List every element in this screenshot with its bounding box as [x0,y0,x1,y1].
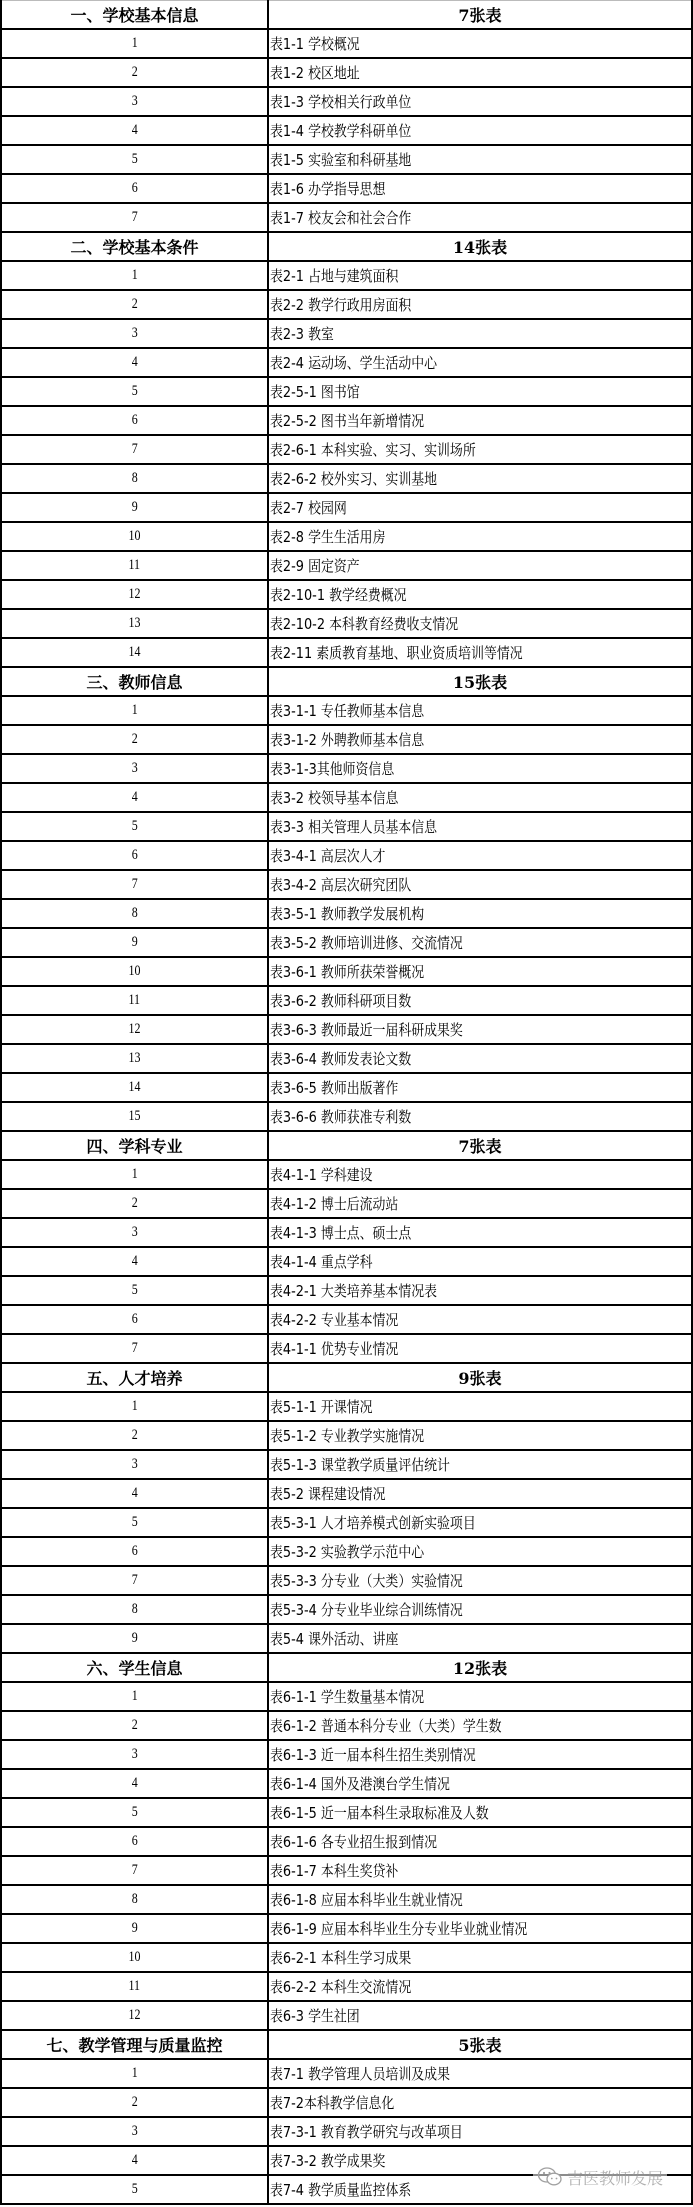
row-number-cell: 10 [1,522,268,551]
table-name: 表6-2-2 本科生交流情况 [270,1976,411,1997]
row-number: 4 [132,1253,138,1270]
table-row: 3表3-1-3其他师资信息 [1,754,692,783]
row-number: 10 [129,528,141,545]
table-row: 2表6-1-2 普通本科分专业（大类）学生数 [1,1711,692,1740]
row-number: 1 [132,35,138,52]
table-name: 表3-4-1 高层次人才 [270,845,385,866]
table-name: 表3-1-3其他师资信息 [270,758,394,779]
table-name-cell: 表7-1 教学管理人员培训及成果 [268,2059,692,2088]
table-name: 表1-7 校友会和社会合作 [270,207,411,228]
table-row: 1表6-1-1 学生数量基本情况 [1,1682,692,1711]
row-number-cell: 4 [1,2146,268,2175]
row-number-cell: 6 [1,1305,268,1334]
row-number-cell: 4 [1,783,268,812]
row-number: 2 [132,296,138,313]
row-number: 6 [132,1833,138,1850]
table-row: 5表7-4 教学质量监控体系 [1,2175,692,2204]
row-number-cell: 3 [1,1218,268,1247]
table-name: 表5-1-2 专业教学实施情况 [270,1425,424,1446]
table-name: 表3-1-2 外聘教师基本信息 [270,729,424,750]
row-number-cell: 7 [1,1566,268,1595]
row-number: 2 [132,1717,138,1734]
table-name: 表2-10-2 本科教育经费收支情况 [270,613,458,634]
table-name: 表6-2-1 本科生学习成果 [270,1947,411,1968]
table-row: 8表5-3-4 分专业毕业综合训练情况 [1,1595,692,1624]
row-number-cell: 9 [1,1624,268,1653]
table-name: 表4-1-4 重点学科 [270,1251,373,1272]
section-table-count: 9张表 [268,1363,692,1392]
table-name-cell: 表2-5-2 图书当年新增情况 [268,406,692,435]
table-name: 表5-3-3 分专业（大类）实验情况 [270,1570,463,1591]
section-table-count: 14张表 [268,232,692,261]
row-number-cell: 12 [1,2001,268,2030]
table-name-cell: 表2-6-2 校外实习、实训基地 [268,464,692,493]
row-number: 6 [132,1311,138,1328]
table-name-cell: 表1-5 实验室和科研基地 [268,145,692,174]
table-name: 表3-5-2 教师培训进修、交流情况 [270,932,463,953]
table-row: 11表3-6-2 教师科研项目数 [1,986,692,1015]
table-row: 7表5-3-3 分专业（大类）实验情况 [1,1566,692,1595]
table-name-cell: 表3-5-1 教师教学发展机构 [268,899,692,928]
row-number: 1 [132,267,138,284]
row-number: 3 [132,1746,138,1763]
table-name-cell: 表1-7 校友会和社会合作 [268,203,692,232]
table-row: 13表2-10-2 本科教育经费收支情况 [1,609,692,638]
row-number: 2 [132,64,138,81]
row-number-cell: 1 [1,261,268,290]
table-row: 7表3-4-2 高层次研究团队 [1,870,692,899]
row-number: 6 [132,847,138,864]
row-number-cell: 3 [1,2117,268,2146]
row-number: 2 [132,2094,138,2111]
table-name: 表2-2 教学行政用房面积 [270,294,411,315]
table-name-cell: 表2-2 教学行政用房面积 [268,290,692,319]
table-name: 表2-5-2 图书当年新增情况 [270,410,424,431]
row-number-cell: 7 [1,1856,268,1885]
table-row: 7表2-6-1 本科实验、实习、实训场所 [1,435,692,464]
row-number: 6 [132,180,138,197]
table-name-cell: 表5-1-1 开课情况 [268,1392,692,1421]
row-number: 2 [132,731,138,748]
table-name-cell: 表2-7 校园网 [268,493,692,522]
row-number-cell: 11 [1,986,268,1015]
row-number: 9 [132,934,138,951]
table-row: 8表2-6-2 校外实习、实训基地 [1,464,692,493]
row-number-cell: 5 [1,1276,268,1305]
row-number: 2 [132,1427,138,1444]
section-header-row: 六、学生信息12张表 [1,1653,692,1682]
table-name-cell: 表3-1-3其他师资信息 [268,754,692,783]
row-number-cell: 4 [1,348,268,377]
row-number: 4 [132,789,138,806]
row-number: 12 [129,586,141,603]
row-number: 8 [132,470,138,487]
section-header-row: 一、学校基本信息7张表 [1,1,692,30]
table-name: 表3-6-1 教师所获荣誉概况 [270,961,424,982]
table-row: 2表4-1-2 博士后流动站 [1,1189,692,1218]
table-name-cell: 表5-1-2 专业教学实施情况 [268,1421,692,1450]
table-name-cell: 表2-10-2 本科教育经费收支情况 [268,609,692,638]
table-name-cell: 表3-6-5 教师出版著作 [268,1073,692,1102]
row-number: 9 [132,1630,138,1647]
table-row: 5表2-5-1 图书馆 [1,377,692,406]
table-name: 表2-10-1 教学经费概况 [270,584,407,605]
table-name-cell: 表6-1-9 应届本科毕业生分专业毕业就业情况 [268,1914,692,1943]
table-row: 4表4-1-4 重点学科 [1,1247,692,1276]
row-number: 3 [132,760,138,777]
table-name-cell: 表6-1-6 各专业招生报到情况 [268,1827,692,1856]
table-name: 表6-1-7 本科生奖贷补 [270,1860,398,1881]
row-number-cell: 3 [1,87,268,116]
section-header-row: 二、学校基本条件14张表 [1,232,692,261]
row-number: 12 [129,2007,141,2024]
row-number-cell: 9 [1,928,268,957]
row-number: 3 [132,1224,138,1241]
table-name: 表1-4 学校教学科研单位 [270,120,411,141]
section-header-row: 五、人才培养9张表 [1,1363,692,1392]
row-number-cell: 8 [1,1885,268,1914]
row-number: 14 [129,644,141,661]
table-name: 表3-6-5 教师出版著作 [270,1077,398,1098]
table-name-cell: 表3-6-3 教师最近一届科研成果奖 [268,1015,692,1044]
table-name-cell: 表6-3 学生社团 [268,2001,692,2030]
row-number-cell: 9 [1,1914,268,1943]
section-table-count: 12张表 [268,1653,692,1682]
table-name-cell: 表1-1 学校概况 [268,29,692,58]
table-row: 4表2-4 运动场、学生活动中心 [1,348,692,377]
table-name: 表3-6-2 教师科研项目数 [270,990,411,1011]
row-number: 6 [132,1543,138,1560]
table-name: 表4-1-1 学科建设 [270,1164,373,1185]
table-row: 12表3-6-3 教师最近一届科研成果奖 [1,1015,692,1044]
table-row: 6表5-3-2 实验教学示范中心 [1,1537,692,1566]
table-name: 表6-1-3 近一届本科生招生类别情况 [270,1744,476,1765]
table-name-cell: 表3-6-6 教师获准专利数 [268,1102,692,1131]
row-number-cell: 4 [1,1769,268,1798]
table-name-cell: 表2-3 教室 [268,319,692,348]
table-name: 表5-1-3 课堂教学质量评估统计 [270,1454,450,1475]
table-row: 11表2-9 固定资产 [1,551,692,580]
table-row: 1表2-1 占地与建筑面积 [1,261,692,290]
table-name: 表2-3 教室 [270,323,334,344]
row-number: 9 [132,499,138,516]
row-number-cell: 7 [1,203,268,232]
table-name-cell: 表1-4 学校教学科研单位 [268,116,692,145]
row-number: 5 [132,2181,138,2198]
row-number: 5 [132,383,138,400]
table-name: 表1-6 办学指导思想 [270,178,385,199]
table-row: 9表2-7 校园网 [1,493,692,522]
table-name-cell: 表3-4-1 高层次人才 [268,841,692,870]
table-name-cell: 表4-1-1 优势专业情况 [268,1334,692,1363]
row-number: 5 [132,1514,138,1531]
table-name-cell: 表6-1-3 近一届本科生招生类别情况 [268,1740,692,1769]
section-header-row: 三、教师信息15张表 [1,667,692,696]
row-number: 12 [129,1021,141,1038]
row-number: 4 [132,2152,138,2169]
table-name-cell: 表5-2 课程建设情况 [268,1479,692,1508]
table-name-cell: 表6-1-2 普通本科分专业（大类）学生数 [268,1711,692,1740]
row-number-cell: 3 [1,1740,268,1769]
table-name-cell: 表2-8 学生生活用房 [268,522,692,551]
table-row: 4表1-4 学校教学科研单位 [1,116,692,145]
row-number-cell: 6 [1,406,268,435]
table-name: 表1-3 学校相关行政单位 [270,91,411,112]
table-name-cell: 表7-2本科教学信息化 [268,2088,692,2117]
table-row: 5表3-3 相关管理人员基本信息 [1,812,692,841]
table-name-cell: 表2-11 素质教育基地、职业资质培训等情况 [268,638,692,667]
row-number: 1 [132,702,138,719]
row-number-cell: 7 [1,435,268,464]
row-number: 4 [132,122,138,139]
table-name: 表2-6-1 本科实验、实习、实训场所 [270,439,476,460]
row-number: 4 [132,354,138,371]
table-name-cell: 表1-2 校区地址 [268,58,692,87]
row-number: 2 [132,1195,138,1212]
table-name: 表2-7 校园网 [270,497,347,518]
table-name-cell: 表3-1-2 外聘教师基本信息 [268,725,692,754]
row-number-cell: 14 [1,638,268,667]
table-catalog-sheet: 一、学校基本信息7张表1表1-1 学校概况2表1-2 校区地址3表1-3 学校相… [0,0,691,2205]
table-name: 表7-4 教学质量监控体系 [270,2179,411,2200]
table-row: 5表4-2-1 大类培养基本情况表 [1,1276,692,1305]
section-title: 一、学校基本信息 [1,1,268,30]
row-number-cell: 1 [1,1392,268,1421]
table-row: 1表5-1-1 开课情况 [1,1392,692,1421]
table-name-cell: 表3-2 校领导基本信息 [268,783,692,812]
table-name: 表3-6-3 教师最近一届科研成果奖 [270,1019,463,1040]
row-number: 3 [132,325,138,342]
row-number: 11 [129,1978,141,1995]
section-title: 七、教学管理与质量监控 [1,2030,268,2059]
table-row: 8表6-1-8 应届本科毕业生就业情况 [1,1885,692,1914]
row-number-cell: 3 [1,754,268,783]
row-number-cell: 14 [1,1073,268,1102]
row-number-cell: 5 [1,2175,268,2204]
row-number-cell: 1 [1,696,268,725]
row-number: 7 [132,1340,138,1357]
table-row: 9表5-4 课外活动、讲座 [1,1624,692,1653]
table-name-cell: 表7-3-1 教育教学研究与改革项目 [268,2117,692,2146]
table-name-cell: 表6-1-5 近一届本科生录取标准及人数 [268,1798,692,1827]
row-number: 1 [132,1398,138,1415]
row-number-cell: 4 [1,1247,268,1276]
row-number: 13 [129,1050,141,1067]
table-name: 表6-1-4 国外及港澳台学生情况 [270,1773,450,1794]
row-number-cell: 5 [1,377,268,406]
table-name: 表6-1-2 普通本科分专业（大类）学生数 [270,1715,502,1736]
row-number: 8 [132,905,138,922]
table-name-cell: 表6-2-2 本科生交流情况 [268,1972,692,2001]
table-name: 表5-2 课程建设情况 [270,1483,385,1504]
row-number-cell: 7 [1,1334,268,1363]
table-row: 7表4-1-1 优势专业情况 [1,1334,692,1363]
row-number-cell: 8 [1,464,268,493]
row-number: 3 [132,93,138,110]
row-number: 5 [132,1804,138,1821]
table-name-cell: 表7-4 教学质量监控体系 [268,2175,692,2204]
table-row: 1表4-1-1 学科建设 [1,1160,692,1189]
table-name: 表4-1-3 博士点、硕士点 [270,1222,411,1243]
table-row: 9表6-1-9 应届本科毕业生分专业毕业就业情况 [1,1914,692,1943]
table-name-cell: 表5-3-2 实验教学示范中心 [268,1537,692,1566]
table-row: 1表1-1 学校概况 [1,29,692,58]
table-name: 表3-2 校领导基本信息 [270,787,398,808]
table-row: 14表2-11 素质教育基地、职业资质培训等情况 [1,638,692,667]
section-table-count: 7张表 [268,1,692,30]
table-row: 4表3-2 校领导基本信息 [1,783,692,812]
table-name-cell: 表3-6-2 教师科研项目数 [268,986,692,1015]
section-table-count: 7张表 [268,1131,692,1160]
row-number: 13 [129,615,141,632]
table-name: 表6-1-5 近一届本科生录取标准及人数 [270,1802,489,1823]
row-number: 10 [129,1949,141,1966]
table-name-cell: 表5-3-3 分专业（大类）实验情况 [268,1566,692,1595]
catalog-table: 一、学校基本信息7张表1表1-1 学校概况2表1-2 校区地址3表1-3 学校相… [0,0,693,2205]
row-number: 10 [129,963,141,980]
section-table-count: 5张表 [268,2030,692,2059]
row-number: 7 [132,1862,138,1879]
row-number-cell: 6 [1,174,268,203]
row-number-cell: 6 [1,1827,268,1856]
row-number-cell: 1 [1,29,268,58]
table-name-cell: 表3-3 相关管理人员基本信息 [268,812,692,841]
table-row: 13表3-6-4 教师发表论文数 [1,1044,692,1073]
row-number-cell: 6 [1,841,268,870]
row-number: 5 [132,1282,138,1299]
table-row: 3表7-3-1 教育教学研究与改革项目 [1,2117,692,2146]
table-row: 2表3-1-2 外聘教师基本信息 [1,725,692,754]
section-table-count: 15张表 [268,667,692,696]
table-row: 3表2-3 教室 [1,319,692,348]
row-number-cell: 5 [1,1508,268,1537]
row-number-cell: 4 [1,116,268,145]
row-number-cell: 9 [1,493,268,522]
table-row: 5表5-3-1 人才培养模式创新实验项目 [1,1508,692,1537]
table-name-cell: 表3-6-4 教师发表论文数 [268,1044,692,1073]
section-header-row: 七、教学管理与质量监控5张表 [1,2030,692,2059]
table-row: 8表3-5-1 教师教学发展机构 [1,899,692,928]
row-number-cell: 5 [1,812,268,841]
table-name: 表7-2本科教学信息化 [270,2092,394,2113]
table-row: 3表4-1-3 博士点、硕士点 [1,1218,692,1247]
row-number: 5 [132,818,138,835]
table-name: 表1-5 实验室和科研基地 [270,149,411,170]
table-row: 5表6-1-5 近一届本科生录取标准及人数 [1,1798,692,1827]
table-name-cell: 表5-3-1 人才培养模式创新实验项目 [268,1508,692,1537]
table-name: 表6-1-6 各专业招生报到情况 [270,1831,437,1852]
section-title: 三、教师信息 [1,667,268,696]
table-row: 4表7-3-2 教学成果奖 [1,2146,692,2175]
table-row: 7表1-7 校友会和社会合作 [1,203,692,232]
table-row: 6表3-4-1 高层次人才 [1,841,692,870]
table-name-cell: 表2-6-1 本科实验、实习、实训场所 [268,435,692,464]
table-name: 表1-1 学校概况 [270,33,360,54]
table-name-cell: 表6-1-4 国外及港澳台学生情况 [268,1769,692,1798]
table-row: 6表1-6 办学指导思想 [1,174,692,203]
row-number-cell: 15 [1,1102,268,1131]
table-row: 10表6-2-1 本科生学习成果 [1,1943,692,1972]
table-row: 9表3-5-2 教师培训进修、交流情况 [1,928,692,957]
section-title: 五、人才培养 [1,1363,268,1392]
table-name: 表5-3-4 分专业毕业综合训练情况 [270,1599,463,1620]
row-number: 8 [132,1891,138,1908]
table-row: 3表1-3 学校相关行政单位 [1,87,692,116]
table-name: 表2-4 运动场、学生活动中心 [270,352,437,373]
row-number-cell: 8 [1,899,268,928]
row-number-cell: 12 [1,580,268,609]
row-number-cell: 10 [1,1943,268,1972]
row-number: 8 [132,1601,138,1618]
row-number-cell: 10 [1,957,268,986]
table-row: 10表3-6-1 教师所获荣誉概况 [1,957,692,986]
table-row: 14表3-6-5 教师出版著作 [1,1073,692,1102]
table-name: 表5-4 课外活动、讲座 [270,1628,398,1649]
section-header-row: 四、学科专业7张表 [1,1131,692,1160]
table-name: 表2-5-1 图书馆 [270,381,360,402]
row-number-cell: 5 [1,1798,268,1827]
table-row: 2表2-2 教学行政用房面积 [1,290,692,319]
row-number: 1 [132,1688,138,1705]
table-row: 15表3-6-6 教师获准专利数 [1,1102,692,1131]
row-number-cell: 6 [1,1537,268,1566]
row-number: 1 [132,2065,138,2082]
table-row: 3表5-1-3 课堂教学质量评估统计 [1,1450,692,1479]
table-name: 表4-2-2 专业基本情况 [270,1309,398,1330]
table-name: 表6-3 学生社团 [270,2005,360,2026]
row-number-cell: 11 [1,1972,268,2001]
row-number-cell: 13 [1,1044,268,1073]
row-number-cell: 8 [1,1595,268,1624]
table-name: 表5-1-1 开课情况 [270,1396,373,1417]
table-name: 表6-1-8 应届本科毕业生就业情况 [270,1889,463,1910]
table-row: 12表6-3 学生社团 [1,2001,692,2030]
row-number-cell: 1 [1,1682,268,1711]
table-row: 6表6-1-6 各专业招生报到情况 [1,1827,692,1856]
row-number: 7 [132,209,138,226]
table-name-cell: 表4-1-4 重点学科 [268,1247,692,1276]
row-number: 6 [132,412,138,429]
table-name: 表1-2 校区地址 [270,62,360,83]
row-number: 3 [132,1456,138,1473]
table-name-cell: 表6-1-1 学生数量基本情况 [268,1682,692,1711]
table-name: 表5-3-1 人才培养模式创新实验项目 [270,1512,476,1533]
section-title: 四、学科专业 [1,1131,268,1160]
table-name-cell: 表6-1-7 本科生奖贷补 [268,1856,692,1885]
table-name: 表3-6-6 教师获准专利数 [270,1106,411,1127]
table-row: 1表7-1 教学管理人员培训及成果 [1,2059,692,2088]
table-name: 表2-8 学生生活用房 [270,526,385,547]
table-name: 表3-3 相关管理人员基本信息 [270,816,437,837]
table-name-cell: 表4-2-2 专业基本情况 [268,1305,692,1334]
table-name-cell: 表2-5-1 图书馆 [268,377,692,406]
row-number-cell: 7 [1,870,268,899]
row-number: 9 [132,1920,138,1937]
table-name: 表7-3-1 教育教学研究与改革项目 [270,2121,463,2142]
row-number-cell: 2 [1,290,268,319]
table-row: 12表2-10-1 教学经费概况 [1,580,692,609]
table-name: 表7-1 教学管理人员培训及成果 [270,2063,450,2084]
table-name: 表5-3-2 实验教学示范中心 [270,1541,424,1562]
table-name-cell: 表3-6-1 教师所获荣誉概况 [268,957,692,986]
table-name-cell: 表2-1 占地与建筑面积 [268,261,692,290]
table-name: 表3-5-1 教师教学发展机构 [270,903,424,924]
table-name-cell: 表3-1-1 专任教师基本信息 [268,696,692,725]
row-number-cell: 2 [1,1189,268,1218]
row-number: 14 [129,1079,141,1096]
row-number-cell: 1 [1,1160,268,1189]
row-number-cell: 5 [1,145,268,174]
